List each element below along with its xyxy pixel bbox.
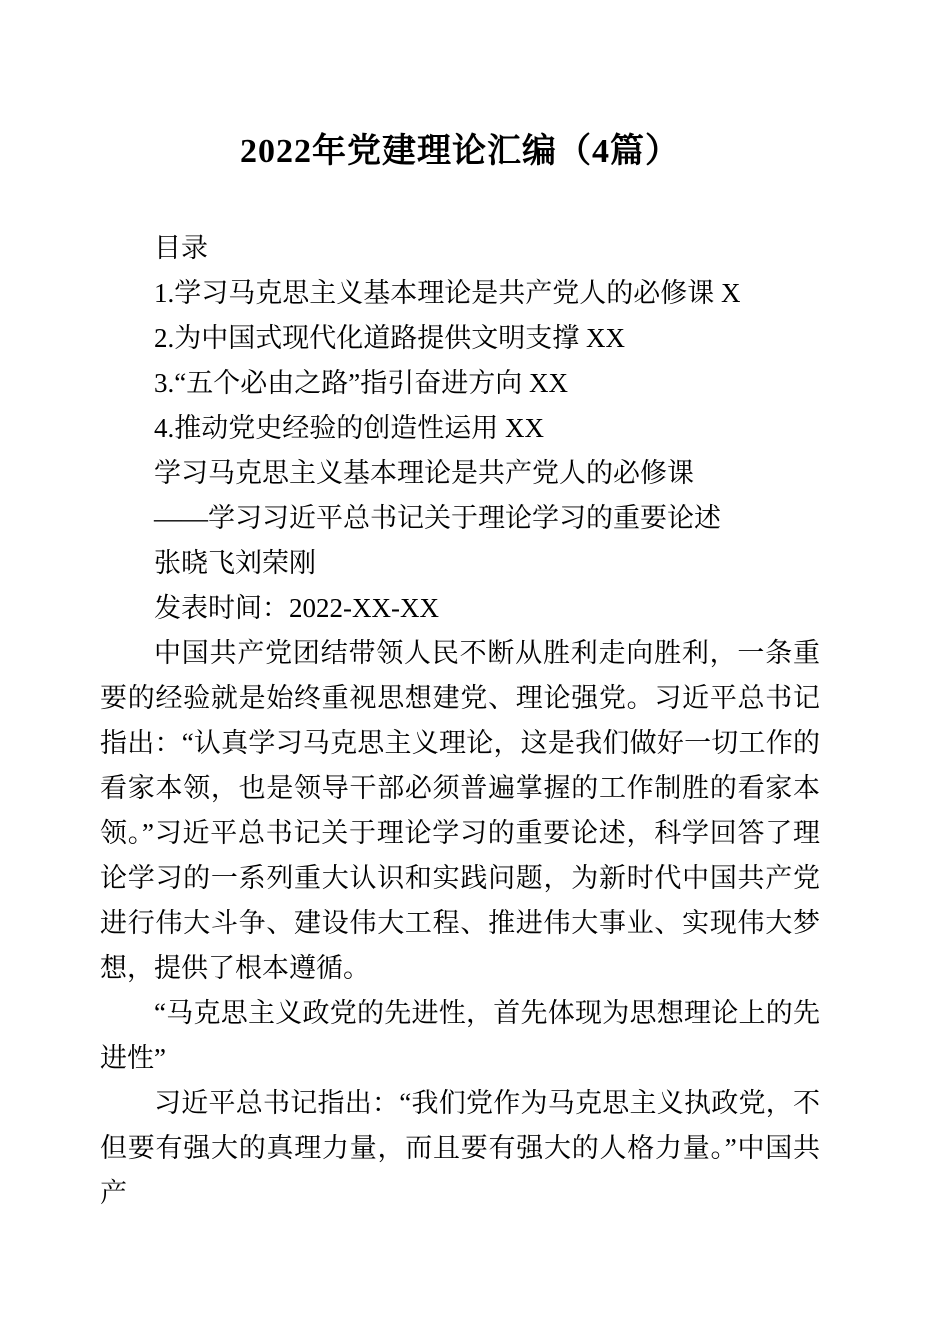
document-body: 目录 1.学习马克思主义基本理论是共产党人的必修课 X 2.为中国式现代化道路提…	[100, 226, 820, 1216]
article-title: 学习马克思主义基本理论是共产党人的必修课	[100, 451, 820, 496]
article-authors: 张晓飞刘荣刚	[100, 541, 820, 586]
document-page: 2022年党建理论汇编（4篇） 目录 1.学习马克思主义基本理论是共产党人的必修…	[0, 0, 950, 1344]
body-paragraph: “马克思主义政党的先进性，首先体现为思想理论上的先进性”	[100, 991, 820, 1081]
article-subtitle: ——学习习近平总书记关于理论学习的重要论述	[100, 496, 820, 541]
article-publish-date: 发表时间：2022-XX-XX	[100, 586, 820, 631]
page-title: 2022年党建理论汇编（4篇）	[100, 0, 820, 176]
body-paragraph: 中国共产党团结带领人民不断从胜利走向胜利，一条重要的经验就是始终重视思想建党、理…	[100, 631, 820, 991]
toc-item: 4.推动党史经验的创造性运用 XX	[100, 406, 820, 451]
toc-item: 3.“五个必由之路”指引奋进方向 XX	[100, 361, 820, 406]
toc-heading: 目录	[100, 226, 820, 271]
toc-item: 2.为中国式现代化道路提供文明支撑 XX	[100, 316, 820, 361]
toc-item: 1.学习马克思主义基本理论是共产党人的必修课 X	[100, 271, 820, 316]
body-paragraph: 习近平总书记指出：“我们党作为马克思主义执政党，不但要有强大的真理力量，而且要有…	[100, 1081, 820, 1216]
